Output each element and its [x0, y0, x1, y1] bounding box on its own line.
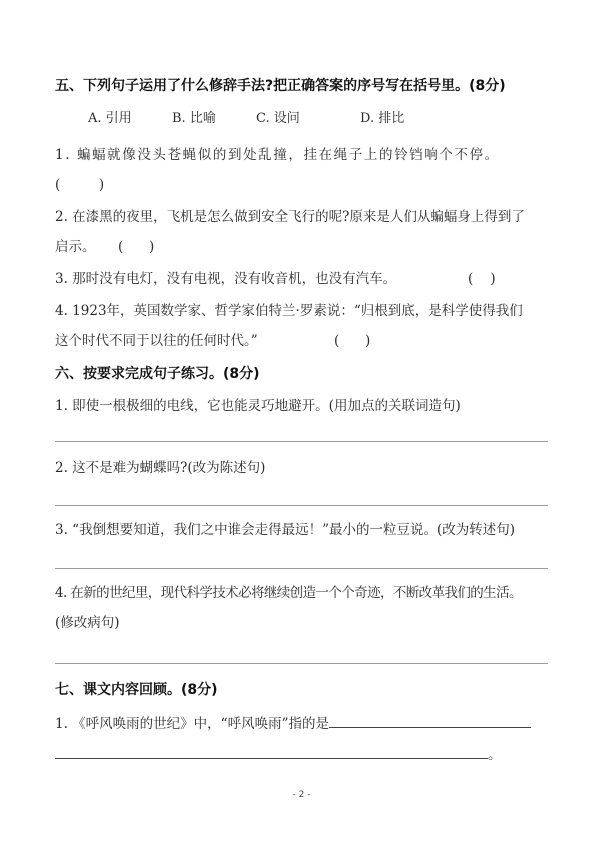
answer-line-6-4[interactable]	[55, 663, 548, 664]
answer-line-6-1[interactable]	[55, 441, 548, 442]
answer-paren-5-4[interactable]: ( )	[334, 332, 370, 350]
option-a: A. 引用	[88, 110, 132, 128]
question-7-1: 1. 《呼风唤雨的世纪》中，“呼风唤雨”指的是	[55, 713, 531, 733]
answer-blank-7-1b[interactable]	[55, 744, 488, 759]
option-d: D. 排比	[360, 110, 404, 128]
exam-page: 五、下列句子运用了什么修辞手法?把正确答案的序号写在括号里。(8分) A. 引用…	[0, 0, 603, 851]
page-number: - 2 -	[0, 790, 603, 800]
question-6-4-line2: (修改病句)	[55, 614, 120, 632]
question-6-3: 3. “我倒想要知道，我们之中谁会走得最远！”最小的一粒豆说。(改为转述句)	[55, 521, 515, 539]
question-5-2-line1: 2. 在漆黑的夜里，飞机是怎么做到安全飞行的呢?原来是人们从蝙蝠身上得到了	[55, 208, 525, 226]
answer-blank-7-1a[interactable]	[329, 713, 531, 728]
answer-line-6-2[interactable]	[55, 505, 548, 506]
option-b: B. 比喻	[172, 110, 216, 128]
option-c: C. 设问	[256, 110, 300, 128]
question-6-1: 1. 即使一根极细的电线，它也能灵巧地避开。(用加点的关联词造句)	[55, 397, 461, 415]
section-6-heading: 六、按要求完成句子练习。(8分)	[55, 365, 260, 383]
answer-paren-5-3[interactable]: ( )	[468, 270, 496, 288]
question-7-1-continuation: 。	[55, 744, 502, 764]
answer-line-6-3[interactable]	[55, 568, 548, 569]
question-6-2: 2. 这不是难为蝴蝶吗?(改为陈述句)	[55, 459, 265, 477]
section-5-heading: 五、下列句子运用了什么修辞手法?把正确答案的序号写在括号里。(8分)	[55, 77, 506, 95]
question-6-4-line1: 4. 在新的世纪里，现代科学技术必将继续创造一个个奇迹，不断改革我们的生活。	[55, 584, 522, 602]
question-5-1: 1. 蝙蝠就像没头苍蝇似的到处乱撞，挂在绳子上的铃铛响个不停。	[55, 146, 500, 164]
question-5-4-line2: 这个时代不同于以往的任何时代。”	[55, 332, 258, 350]
answer-paren-5-2[interactable]: ( )	[118, 238, 154, 256]
end-punctuation: 。	[488, 747, 502, 763]
question-5-2-line2: 启示。	[55, 238, 96, 256]
question-7-1-text: 1. 《呼风唤雨的世纪》中，“呼风唤雨”指的是	[55, 716, 329, 732]
section-7-heading: 七、课文内容回顾。(8分)	[55, 681, 218, 699]
question-5-4-line1: 4. 1923年，英国数学家、哲学家伯特兰·罗素说：“归根到底，是科学使得我们	[55, 302, 523, 320]
answer-paren-5-1[interactable]: ( )	[55, 176, 104, 194]
question-5-3: 3. 那时没有电灯，没有电视，没有收音机，也没有汽车。	[55, 270, 396, 288]
